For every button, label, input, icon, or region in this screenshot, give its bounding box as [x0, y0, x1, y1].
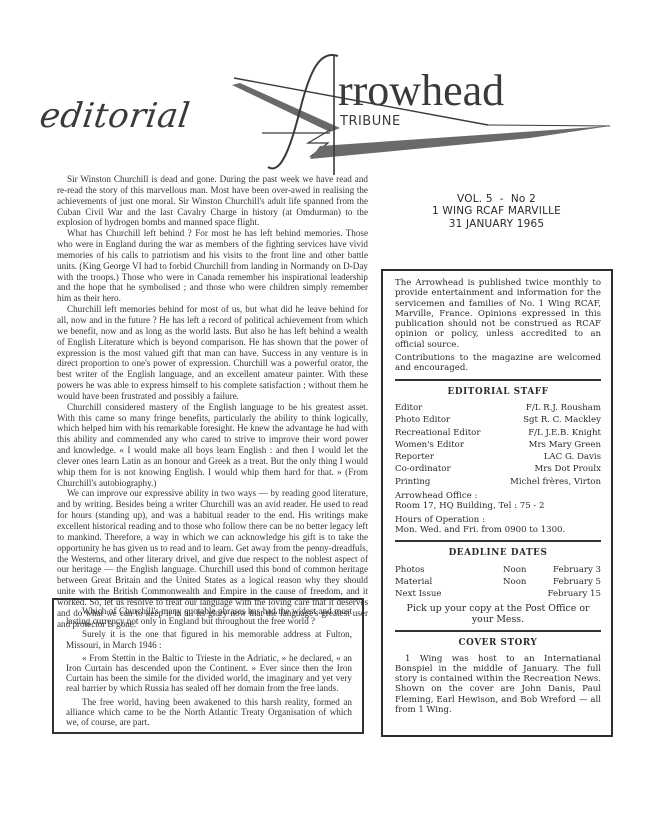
- staff-name: Sgt R. C. Mackley: [523, 414, 601, 426]
- deadline-row: MaterialNoonFebruary 5: [395, 576, 601, 588]
- deadline-dates-heading: DEADLINE DATES: [395, 548, 601, 558]
- staff-role: Co-ordinator: [395, 463, 451, 475]
- deadline-date: February 15: [541, 588, 601, 600]
- deadline-time: [503, 588, 541, 600]
- cover-story-heading: COVER STORY: [395, 638, 601, 648]
- staff-name: Mrs Mary Green: [529, 439, 601, 451]
- editorial-paragraph: Churchill considered mastery of the Engl…: [57, 402, 368, 489]
- staff-row: PrintingMichel frères, Virton: [395, 476, 601, 488]
- office-label: Arrowhead Office :: [395, 491, 601, 501]
- about-text: The Arrowhead is published twice monthly…: [395, 278, 601, 350]
- editorial-paragraph: Sir Winston Churchill is dead and gone. …: [57, 174, 368, 228]
- editorial-staff-heading: EDITORIAL STAFF: [395, 387, 601, 397]
- divider: [395, 540, 601, 542]
- staff-row: Co-ordinatorMrs Dot Proulx: [395, 463, 601, 475]
- deadline-time: Noon: [503, 576, 541, 588]
- hours-label: Hours of Operation :: [395, 515, 601, 525]
- pickup-note: Pick up your copy at the Post Office or …: [395, 604, 601, 626]
- editorial-paragraph: Churchill left memories behind for most …: [57, 304, 368, 402]
- office-value: Room 17, HQ Building, Tel : 75 - 2: [395, 501, 601, 511]
- staff-row: Photo EditorSgt R. C. Mackley: [395, 414, 601, 426]
- staff-row: Recreational EditorF/L J.E.B. Knight: [395, 427, 601, 439]
- staff-name: Mrs Dot Proulx: [535, 463, 602, 475]
- staff-row: ReporterLAC G. Davis: [395, 451, 601, 463]
- staff-role: Printing: [395, 476, 430, 488]
- staff-row: Women's EditorMrs Mary Green: [395, 439, 601, 451]
- issue-date: 31 JANUARY 1965: [381, 218, 612, 230]
- editorial-article: Sir Winston Churchill is dead and gone. …: [57, 174, 368, 629]
- editorial-paragraph: What has Churchill left behind ? For mos…: [57, 228, 368, 304]
- staff-role: Women's Editor: [395, 439, 464, 451]
- issue-unit: 1 WING RCAF MARVILLE: [381, 205, 612, 217]
- staff-role: Reporter: [395, 451, 434, 463]
- hours-value: Mon. Wed. and Fri. from 0900 to 1300.: [395, 525, 601, 535]
- staff-name: Michel frères, Virton: [510, 476, 601, 488]
- sidebar-paragraph: Which of Churchill's many quotable phras…: [66, 606, 352, 626]
- sidebar-paragraph: The free world, having been awakened to …: [66, 697, 352, 728]
- deadline-item: Material: [395, 576, 503, 588]
- staff-role: Recreational Editor: [395, 427, 480, 439]
- deadline-time: Noon: [503, 564, 541, 576]
- masthead-info-box: The Arrowhead is published twice monthly…: [381, 269, 613, 737]
- staff-role: Editor: [395, 402, 422, 414]
- section-heading-editorial: editorial: [37, 96, 192, 136]
- staff-name: F/L J.E.B. Knight: [528, 427, 601, 439]
- staff-role: Photo Editor: [395, 414, 450, 426]
- deadline-row: PhotosNoonFebruary 3: [395, 564, 601, 576]
- deadline-item: Next Issue: [395, 588, 503, 600]
- deadline-date: February 5: [541, 576, 601, 588]
- deadline-row: Next IssueFebruary 15: [395, 588, 601, 600]
- issue-volume: VOL. 5 - No 2: [381, 193, 612, 205]
- staff-name: LAC G. Davis: [544, 451, 601, 463]
- iron-curtain-sidebar-box: Which of Churchill's many quotable phras…: [52, 598, 364, 734]
- divider: [395, 379, 601, 381]
- logo-title: rrowhead: [338, 66, 504, 115]
- sidebar-paragraph: Surely it is the one that figured in his…: [66, 629, 352, 649]
- cover-story-text: 1 Wing was host to an Internatianal Bons…: [395, 654, 601, 716]
- staff-name: F/L R.J. Rousham: [526, 402, 601, 414]
- issue-info: VOL. 5 - No 2 1 WING RCAF MARVILLE 31 JA…: [381, 193, 612, 230]
- deadline-date: February 3: [541, 564, 601, 576]
- staff-row: EditorF/L R.J. Rousham: [395, 402, 601, 414]
- arrowhead-tribune-logo: rrowhead TRIBUNE: [230, 50, 630, 175]
- logo-subtitle: TRIBUNE: [339, 114, 401, 129]
- sidebar-paragraph: « From Stettin in the Baltic to Trieste …: [66, 653, 352, 694]
- divider: [395, 630, 601, 632]
- contributions-text: Contributions to the magazine are welcom…: [395, 353, 601, 374]
- deadline-item: Photos: [395, 564, 503, 576]
